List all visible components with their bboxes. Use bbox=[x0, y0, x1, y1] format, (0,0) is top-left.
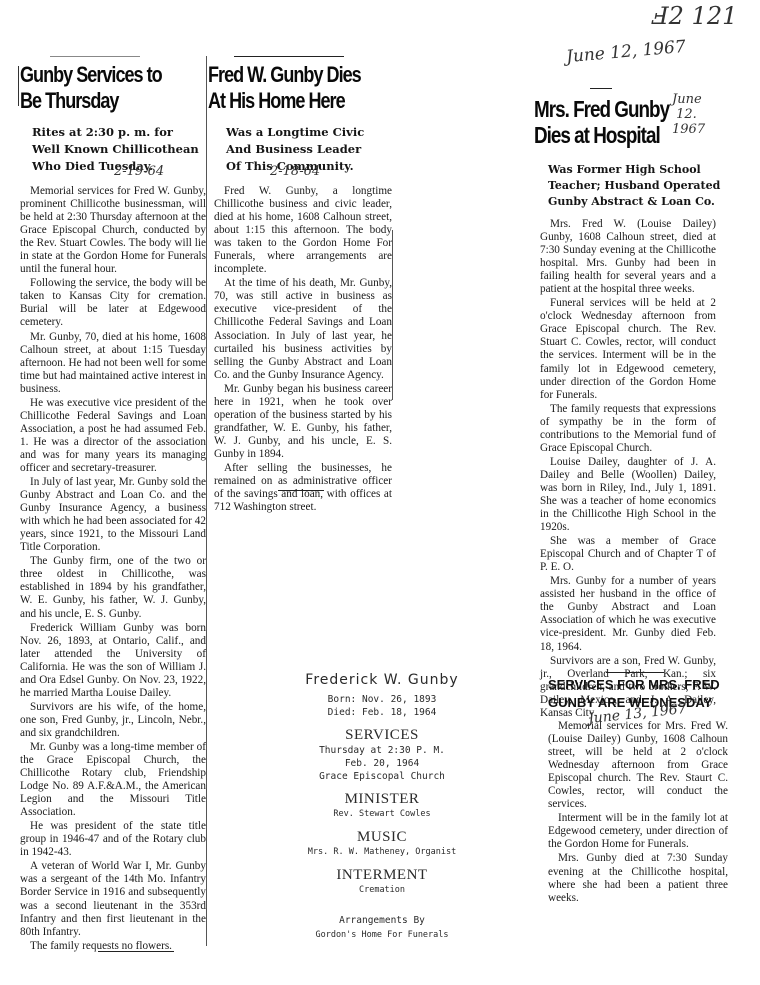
article-body: Fred W. Gunby, a longtime Chillicothe bu… bbox=[208, 185, 392, 514]
page-id-annotation: Ⅎ2 121 bbox=[652, 2, 737, 30]
clip2-date-annotation: 2-18-64 bbox=[270, 164, 320, 179]
deck: Rites at 2:30 p. m. forWell Known Chilli… bbox=[20, 124, 206, 175]
clipping-mrs-gunby-dies: Mrs. Fred GunbyDies at Hospital June 12.… bbox=[534, 88, 726, 720]
headline: Gunby Services toBe Thursday bbox=[20, 62, 173, 114]
clip1-date-annotation: 2-19-64 bbox=[114, 164, 164, 179]
clipping-services-for-mrs-gunby: SERVICES FOR MRS. FREDGUNBY ARE WEDNESDA… bbox=[548, 676, 728, 905]
headline: Mrs. Fred GunbyDies at Hospital bbox=[534, 96, 691, 148]
card-name: Frederick W. Gunby bbox=[262, 672, 502, 688]
article-body: Memorial services for Fred W. Gunby, pro… bbox=[20, 185, 206, 953]
column-rule bbox=[206, 56, 207, 946]
article-body: Memorial services for Mrs. Fred W. (Loui… bbox=[548, 720, 728, 905]
column-rule bbox=[392, 230, 393, 400]
article-body: Mrs. Fred W. (Louise Dailey) Gunby, 1608… bbox=[534, 218, 716, 720]
clipping-gunby-services: Gunby Services toBe Thursday Rites at 2:… bbox=[20, 56, 206, 953]
memorial-card: Frederick W. Gunby Born: Nov. 26, 1893 D… bbox=[262, 672, 502, 941]
top-date-annotation: June 12, 1967 bbox=[565, 37, 686, 67]
deck: Was Former High SchoolTeacher; Husband O… bbox=[534, 162, 726, 210]
headline: Fred W. Gunby DiesAt His Home Here bbox=[208, 62, 359, 114]
clip3-date-annotation: June 12.1967 bbox=[672, 92, 705, 137]
clipping-gunby-dies: Fred W. Gunby DiesAt His Home Here Was a… bbox=[208, 56, 392, 514]
